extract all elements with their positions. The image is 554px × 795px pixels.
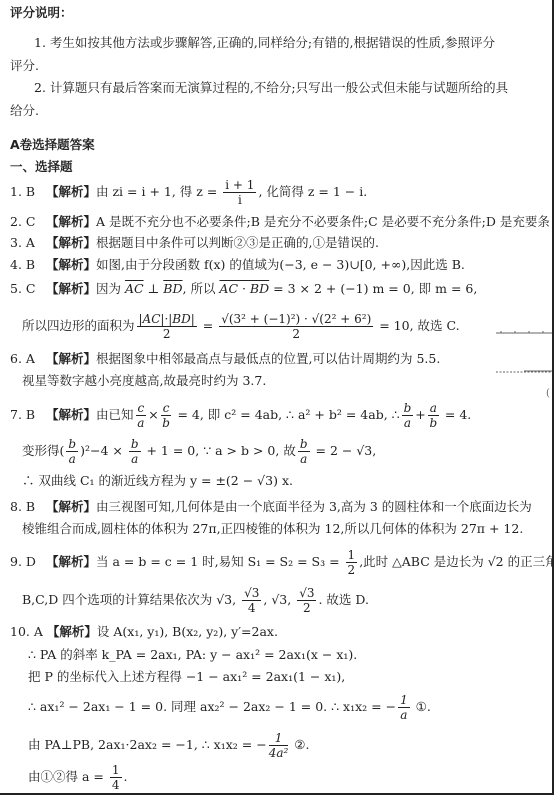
answer-text: 根据图象中相邻最高点与最低点的位置,可以估计周期约为 5.5. xyxy=(96,351,440,366)
vector: AC xyxy=(125,281,144,296)
answer-text: ∴ ax₁² − 2ax₁ − 1 = 0. 同理 ax₂² − 2ax₂ − … xyxy=(28,699,396,714)
answer-number: 7. B xyxy=(10,398,42,432)
vector: BD xyxy=(163,281,182,296)
answer-text: = 2 − √3, xyxy=(312,443,377,458)
answer-1: 1. B 【解析】由 zi = i + 1, 得 z = i + 1i, 化简得… xyxy=(10,178,367,207)
answer-number: 5. C xyxy=(10,280,42,298)
answer-7-asymptote: ∴ 双曲线 C₁ 的渐近线方程为 y = ±(2 − √3) x. xyxy=(22,472,293,490)
analysis-tag: 【解析】 xyxy=(46,554,96,569)
answer-10-product: ∴ ax₁² − 2ax₁ − 1 = 0. 同理 ax₂² − 2ax₂ − … xyxy=(28,690,431,724)
answer-text: 变形得( xyxy=(22,443,64,458)
fraction: 14a² xyxy=(269,731,289,760)
answer-7-cont: 变形得(ba)²−4 × ba + 1 = 0, ∵ a > b > 0, 故b… xyxy=(22,434,376,468)
answer-text: 根据题目中条件可以判断②③是正确的,①是错误的. xyxy=(96,235,379,250)
grading-note-1: 1. 考生如按其他方法或步骤解答,正确的,同样给分;有错的,根据错误的性质,参照… xyxy=(34,34,495,52)
answer-text: 由已知 xyxy=(96,407,134,422)
fraction: ca xyxy=(136,401,147,430)
graph-fragment-icon: ( xyxy=(496,326,552,406)
answer-text: . 故选 D. xyxy=(318,592,368,607)
answer-text: 因为 xyxy=(96,281,125,296)
answer-text: 由 PA⊥PB, 2ax₁·2ax₂ = −1, ∴ x₁x₂ = − xyxy=(28,737,267,752)
answer-text: = 4, 即 c² = 4ab, ∴ a² + b² = 4ab, ∴ xyxy=(173,407,399,422)
answer-5-area: 所以四边形的面积为|AC|·|BD|2 = √(3² + (−1)²) · √(… xyxy=(22,309,460,343)
answer-text: ②. xyxy=(290,737,309,752)
grading-note-2-cont: 给分. xyxy=(10,102,39,120)
analysis-tag: 【解析】 xyxy=(46,235,96,250)
answer-text: 当 a = b = c = 1 时,易知 S₁ = S₂ = S₃ = xyxy=(96,554,344,569)
answer-4: 4. B 【解析】如图,由于分段函数 f(x) 的值域为(−3, e − 3)∪… xyxy=(10,256,465,274)
fraction: √32 xyxy=(297,586,316,615)
analysis-tag: 【解析】 xyxy=(46,351,96,366)
answer-number: 4. B xyxy=(10,256,42,274)
grading-note-1-cont: 评分. xyxy=(10,57,39,75)
answer-text: + 1 = 0, ∵ a > b > 0, 故 xyxy=(143,443,296,458)
answer-6-cont: 视星等数字越小亮度越高,故最亮时约为 3.7. xyxy=(22,372,266,390)
answer-text: 设 A(x₁, y₁), B(x₂, y₂), y′=2ax. xyxy=(97,624,278,639)
vector-dot-product: AC · BD xyxy=(219,281,269,296)
fraction: |AC|·|BD|2 xyxy=(137,312,197,341)
answer-text: )²−4 × xyxy=(80,443,127,458)
answer-text: = 4. xyxy=(441,407,471,422)
answer-8: 8. B 【解析】由三视图可知,几何体是由一个底面半径为 3,高为 3 的圆柱体… xyxy=(10,498,532,516)
fraction: ba xyxy=(129,437,141,466)
answer-9-cont: B,C,D 四个选项的计算结果依次为 √3, √34, √3, √32. 故选 … xyxy=(22,583,369,617)
answer-10-substitute: 把 P 的坐标代入上述方程得 −1 − ax₁² = 2ax₁(1 − x₁), xyxy=(28,668,345,686)
answer-text: ,此时 △ABC 是边长为 √2 的正三角形,此 xyxy=(359,554,554,569)
fraction: cb xyxy=(161,401,172,430)
answer-number: 2. C xyxy=(10,213,42,231)
answer-text: 由①②得 a = xyxy=(28,769,108,784)
fraction: i + 1i xyxy=(223,178,256,207)
fraction: 14 xyxy=(110,763,122,792)
answer-text: ⊥ xyxy=(144,281,164,296)
section-subtitle: 一、选择题 xyxy=(10,158,73,176)
answer-number: 6. A xyxy=(10,350,42,368)
fraction: ba xyxy=(66,437,78,466)
answer-text: , 化简得 z = 1 − i. xyxy=(258,184,367,199)
answer-text: = 10, 故选 C. xyxy=(375,318,459,333)
answer-text: 所以四边形的面积为 xyxy=(22,318,135,333)
answer-text: ①. xyxy=(412,699,431,714)
fraction: ab xyxy=(428,401,439,430)
answer-number: 1. B xyxy=(10,178,42,206)
answer-text: B,C,D 四个选项的计算结果依次为 √3, xyxy=(22,592,240,607)
answer-text: A 是既不充分也不必要条件;B 是充分不必要条件;C 是必要不充分条件;D 是充… xyxy=(96,214,550,229)
svg-text:(: ( xyxy=(546,388,550,399)
fraction: 1a xyxy=(398,693,410,722)
analysis-tag: 【解析】 xyxy=(46,214,96,229)
answer-number: 10. A xyxy=(10,623,43,641)
fraction: √(3² + (−1)²) · √(2² + 6²)2 xyxy=(219,312,373,341)
analysis-tag: 【解析】 xyxy=(46,257,96,272)
answer-text: . xyxy=(124,769,128,784)
answer-number: 3. A xyxy=(10,234,42,252)
fraction: ba xyxy=(402,401,414,430)
fraction: √34 xyxy=(242,586,261,615)
answer-10-perpendicular: 由 PA⊥PB, 2ax₁·2ax₂ = −1, ∴ x₁x₂ = −14a² … xyxy=(28,728,309,762)
analysis-tag: 【解析】 xyxy=(46,407,96,422)
answer-text: 如图,由于分段函数 f(x) 的值域为(−3, e − 3)∪[0, +∞),因… xyxy=(96,257,465,272)
fraction: ba xyxy=(298,437,310,466)
answer-7: 7. B 【解析】由已知ca×cb = 4, 即 c² = 4ab, ∴ a² … xyxy=(10,398,471,432)
analysis-tag: 【解析】 xyxy=(46,281,96,296)
answer-10: 10. A 【解析】设 A(x₁, y₁), B(x₂, y₂), y′=2ax… xyxy=(10,623,278,641)
answer-text: , 所以 xyxy=(183,281,220,296)
analysis-tag: 【解析】 xyxy=(47,624,97,639)
section-title: A卷选择题答案 xyxy=(10,136,95,154)
answer-6: 6. A 【解析】根据图象中相邻最高点与最低点的位置,可以估计周期约为 5.5. xyxy=(10,350,440,368)
answer-8-cont: 棱锥组合而成,圆柱体的体积为 27π,正四棱锥的体积为 12,所以几何体的体积为… xyxy=(22,520,523,538)
answer-number: 9. D xyxy=(10,545,42,579)
grading-note-2: 2. 计算题只有最后答案而无演算过程的,不给分;只写出一般公式但未能与试题所给的… xyxy=(34,79,508,97)
answer-10-result: 由①②得 a = 14. xyxy=(28,762,127,792)
answer-2: 2. C 【解析】A 是既不充分也不必要条件;B 是充分不必要条件;C 是必要不… xyxy=(10,213,550,231)
answer-10-slope: ∴ PA 的斜率 k_PA = 2ax₁, PA: y − ax₁² = 2ax… xyxy=(28,646,357,664)
answer-text: 由 zi = i + 1, 得 z = xyxy=(96,184,221,199)
answer-text: = xyxy=(199,318,217,333)
answer-9: 9. D 【解析】当 a = b = c = 1 时,易知 S₁ = S₂ = … xyxy=(10,545,554,579)
answer-5: 5. C 【解析】因为 AC ⊥ BD, 所以 AC · BD = 3 × 2 … xyxy=(10,280,477,298)
answer-text: = 3 × 2 + (−1) m = 0, 即 m = 6, xyxy=(269,281,477,296)
answer-number: 8. B xyxy=(10,498,42,516)
grading-notes-title: 评分说明： xyxy=(10,4,73,22)
answer-text: , √3, xyxy=(263,592,295,607)
answer-text: 由三视图可知,几何体是由一个底面半径为 3,高为 3 的圆柱体和一个底面边长为 xyxy=(96,499,532,514)
answer-3: 3. A 【解析】根据题目中条件可以判断②③是正确的,①是错误的. xyxy=(10,234,379,252)
analysis-tag: 【解析】 xyxy=(46,499,96,514)
analysis-tag: 【解析】 xyxy=(46,184,96,199)
fraction: 12 xyxy=(346,548,358,577)
